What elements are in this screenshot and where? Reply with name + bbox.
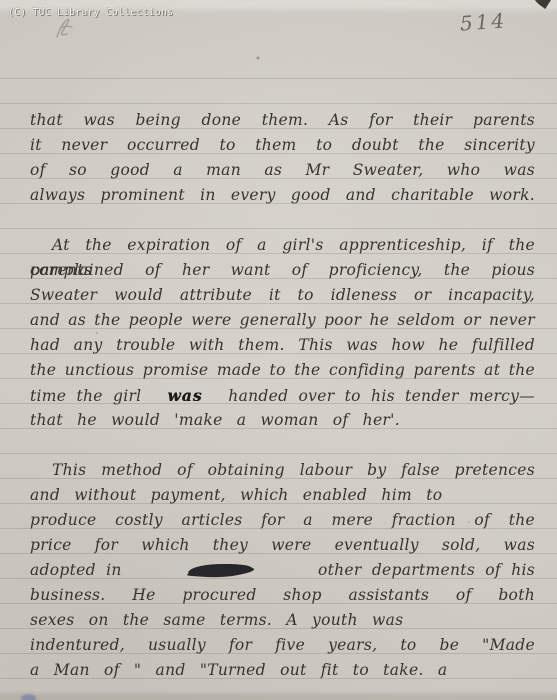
manuscript-line: This method of obtaining labour by false…: [30, 458, 535, 483]
manuscript-line: sexes on the same terms. A youth was: [30, 608, 535, 633]
manuscript-line-emphasis: time the girl was handed over to his ten…: [30, 383, 535, 408]
paragraph-gap: [30, 208, 535, 233]
paper-specks: [0, 0, 2, 2]
page-number: 514: [459, 8, 508, 35]
manuscript-text: that was being done them. As for their p…: [30, 108, 535, 683]
manuscript-line: price for which they were eventually sol…: [30, 533, 535, 558]
manuscript-line: and as the people were generally poor he…: [30, 308, 535, 333]
watermark-label: (C) TUC Library Collections: [8, 7, 173, 18]
manuscript-line: business. He procured shop assistants of…: [30, 583, 535, 608]
manuscript-line: that he would 'make a woman of her'.: [30, 408, 535, 433]
emphasized-word: was: [167, 383, 202, 408]
manuscript-line: indentured, usually for five years, to b…: [30, 633, 535, 658]
manuscript-line-redacted: adopted in other departments of his: [30, 558, 535, 583]
manuscript-line: At the expiration of a girl's apprentice…: [30, 233, 535, 258]
pencil-mark: [50, 13, 84, 43]
corner-tear-mark: [533, 0, 551, 9]
manuscript-line: had any trouble with them. This was how …: [30, 333, 535, 358]
manuscript-scan-page: (C) TUC Library Collections 514 that was…: [0, 0, 557, 700]
manuscript-line: and without payment, which enabled him t…: [30, 483, 535, 508]
manuscript-line: complained of her want of proficiency, t…: [30, 258, 535, 283]
line-segment: other departments of his: [318, 558, 535, 583]
blue-ink-smudge: [21, 694, 36, 700]
manuscript-line: a Man of " and "Turned out fit to take. …: [30, 658, 535, 683]
manuscript-line: the unctious promise made to the confidi…: [30, 358, 535, 383]
paragraph-gap: [30, 433, 535, 458]
line-segment: time the girl: [30, 384, 141, 409]
line-segment: handed over to his tender mercy—: [228, 384, 535, 409]
manuscript-line: produce costly articles for a mere fract…: [30, 508, 535, 533]
manuscript-line: that was being done them. As for their p…: [30, 108, 535, 133]
redaction-mark: [188, 563, 252, 578]
manuscript-line: it never occurred to them to doubt the s…: [30, 133, 535, 158]
line-segment: adopted in: [30, 558, 122, 583]
manuscript-line: always prominent in every good and chari…: [30, 183, 535, 208]
manuscript-line: of so good a man as Mr Sweater, who was: [30, 158, 535, 183]
manuscript-line: Sweater would attribute it to idleness o…: [30, 283, 535, 308]
